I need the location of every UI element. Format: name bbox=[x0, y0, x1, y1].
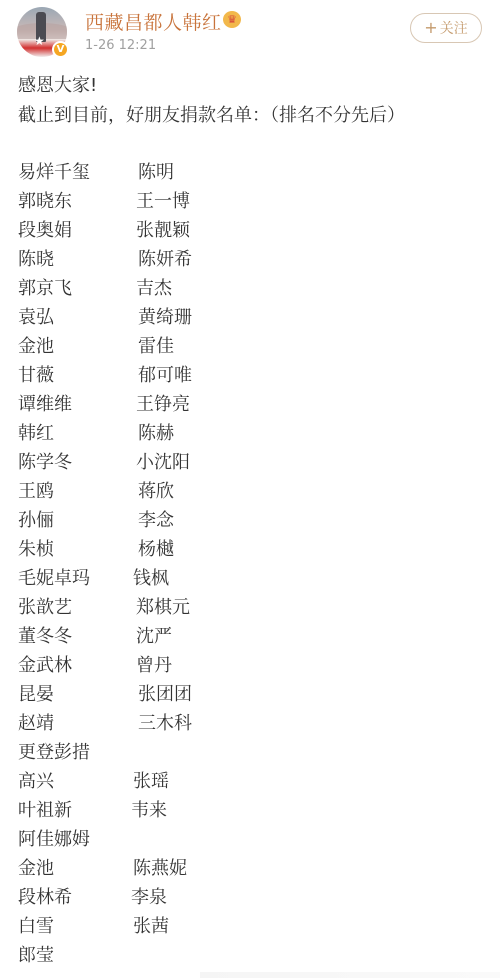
donor-name-left: 韩红 bbox=[18, 419, 54, 448]
donor-name-right: 陈赫 bbox=[138, 419, 174, 448]
donor-name-right: 曾丹 bbox=[136, 651, 172, 680]
donor-name-left: 孙俪 bbox=[18, 506, 54, 535]
donor-name-left: 谭维维 bbox=[18, 390, 72, 419]
donor-name-left: 金池 bbox=[18, 854, 54, 883]
donor-name-right: 小沈阳 bbox=[136, 448, 190, 477]
donor-name-left: 阿佳娜姆 bbox=[18, 825, 90, 854]
verified-badge-icon: V bbox=[52, 41, 69, 58]
donor-name-right: 雷佳 bbox=[138, 332, 174, 361]
donor-row: 董冬冬沈严 bbox=[18, 622, 478, 651]
donor-list: 易烊千玺陈明郭晓东王一博段奥娟张靓颖陈晓陈妍希郭京飞吉杰袁弘黄绮珊金池雷佳甘薇郁… bbox=[18, 158, 478, 970]
donor-row: 陈学冬小沈阳 bbox=[18, 448, 478, 477]
donor-row: 昆晏张团团 bbox=[18, 680, 478, 709]
donor-name-right: 王铮亮 bbox=[136, 390, 190, 419]
donor-name-left: 张歆艺 bbox=[18, 593, 72, 622]
author-name[interactable]: 西藏昌都人韩红 bbox=[85, 8, 222, 35]
donor-name-left: 赵靖 bbox=[18, 709, 54, 738]
donor-row: 甘薇郁可唯 bbox=[18, 361, 478, 390]
donor-row: 段奥娟张靓颖 bbox=[18, 216, 478, 245]
donor-row: 郭晓东王一博 bbox=[18, 187, 478, 216]
follow-label: 关注 bbox=[440, 21, 468, 37]
donor-row: 金池陈燕妮 bbox=[18, 854, 478, 883]
star-icon: ★ bbox=[34, 35, 45, 47]
donor-name-right: 王一博 bbox=[136, 187, 190, 216]
donor-row: 叶祖新韦来 bbox=[18, 796, 478, 825]
donor-name-left: 更登彭措 bbox=[18, 738, 90, 767]
donor-name-right: 杨樾 bbox=[138, 535, 174, 564]
donor-name-left: 甘薇 bbox=[18, 361, 54, 390]
donor-name-left: 叶祖新 bbox=[18, 796, 72, 825]
donor-row: 金武林曾丹 bbox=[18, 651, 478, 680]
donor-name-left: 金池 bbox=[18, 332, 54, 361]
donor-name-left: 郎莹 bbox=[18, 941, 54, 970]
plus-icon: + bbox=[424, 18, 437, 37]
donor-row: 张歆艺郑棋元 bbox=[18, 593, 478, 622]
post-text-line-1: 感恩大家! bbox=[18, 71, 488, 97]
donor-row: 朱桢杨樾 bbox=[18, 535, 478, 564]
donor-name-right: 陈明 bbox=[138, 158, 174, 187]
donor-row: 金池雷佳 bbox=[18, 332, 478, 361]
donor-row: 易烊千玺陈明 bbox=[18, 158, 478, 187]
donor-row: 郎莹 bbox=[18, 941, 478, 970]
donor-row: 郭京飞吉杰 bbox=[18, 274, 478, 303]
donor-row: 白雪张茜 bbox=[18, 912, 478, 941]
donor-name-right: 陈妍希 bbox=[138, 245, 192, 274]
donor-name-left: 董冬冬 bbox=[18, 622, 72, 651]
post-text-line-2: 截止到目前，好朋友捐款名单：（排名不分先后） bbox=[18, 101, 488, 127]
donor-name-left: 段林希 bbox=[18, 883, 72, 912]
donor-name-right: 张瑶 bbox=[133, 767, 169, 796]
donor-name-right: 吉杰 bbox=[136, 274, 172, 303]
donor-name-right: 沈严 bbox=[136, 622, 172, 651]
post-header: ★ V 西藏昌都人韩红 ♛ 1-26 12:21 +关注 bbox=[0, 0, 500, 66]
donor-row: 更登彭措 bbox=[18, 738, 478, 767]
donor-row: 谭维维王铮亮 bbox=[18, 390, 478, 419]
donor-name-right: 郑棋元 bbox=[136, 593, 190, 622]
donor-row: 孙俪李念 bbox=[18, 506, 478, 535]
donor-name-right: 李念 bbox=[138, 506, 174, 535]
donor-name-left: 高兴 bbox=[18, 767, 54, 796]
post-timestamp: 1-26 12:21 bbox=[85, 38, 156, 53]
donor-row: 韩红陈赫 bbox=[18, 419, 478, 448]
crown-icon: ♛ bbox=[223, 11, 241, 28]
follow-button[interactable]: +关注 bbox=[410, 13, 482, 43]
donor-row: 赵靖三木科 bbox=[18, 709, 478, 738]
donor-name-right: 钱枫 bbox=[133, 564, 169, 593]
donor-row: 毛妮卓玛钱枫 bbox=[18, 564, 478, 593]
donor-name-left: 白雪 bbox=[18, 912, 54, 941]
donor-name-left: 易烊千玺 bbox=[18, 158, 90, 187]
donor-row: 王鸥蒋欣 bbox=[18, 477, 478, 506]
donor-name-right: 张团团 bbox=[138, 680, 192, 709]
donor-name-left: 郭晓东 bbox=[18, 187, 72, 216]
donor-name-right: 陈燕妮 bbox=[133, 854, 187, 883]
donor-name-left: 朱桢 bbox=[18, 535, 54, 564]
donor-name-left: 郭京飞 bbox=[18, 274, 72, 303]
donor-name-right: 李泉 bbox=[131, 883, 167, 912]
donor-name-right: 黄绮珊 bbox=[138, 303, 192, 332]
donor-name-right: 郁可唯 bbox=[138, 361, 192, 390]
donor-name-left: 金武林 bbox=[18, 651, 72, 680]
donor-name-left: 毛妮卓玛 bbox=[18, 564, 90, 593]
donor-row: 高兴张瑶 bbox=[18, 767, 478, 796]
donor-name-left: 袁弘 bbox=[18, 303, 54, 332]
donor-name-left: 段奥娟 bbox=[18, 216, 72, 245]
bottom-edge bbox=[200, 972, 500, 978]
donor-name-left: 昆晏 bbox=[18, 680, 54, 709]
donor-row: 阿佳娜姆 bbox=[18, 825, 478, 854]
donor-row: 陈晓陈妍希 bbox=[18, 245, 478, 274]
donor-name-left: 陈学冬 bbox=[18, 448, 72, 477]
donor-name-right: 三木科 bbox=[138, 709, 192, 738]
donor-name-left: 陈晓 bbox=[18, 245, 54, 274]
donor-name-left: 王鸥 bbox=[18, 477, 54, 506]
donor-name-right: 韦来 bbox=[131, 796, 167, 825]
donor-row: 袁弘黄绮珊 bbox=[18, 303, 478, 332]
donor-name-right: 张靓颖 bbox=[136, 216, 190, 245]
donor-name-right: 蒋欣 bbox=[138, 477, 174, 506]
donor-row: 段林希李泉 bbox=[18, 883, 478, 912]
donor-name-right: 张茜 bbox=[133, 912, 169, 941]
